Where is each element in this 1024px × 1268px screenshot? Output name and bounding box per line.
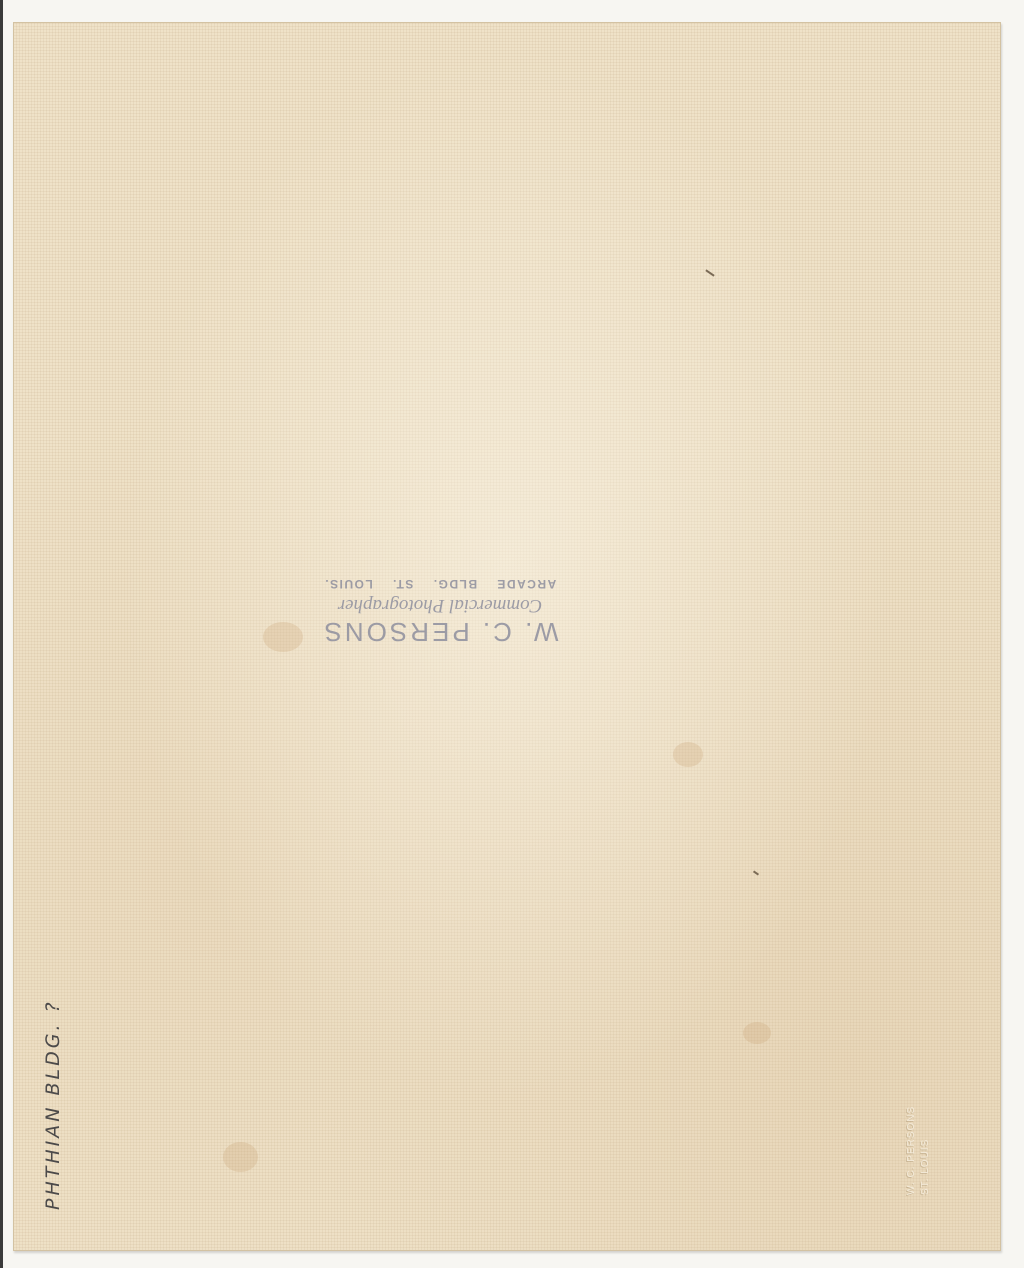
stamp-name: W. C. PERSONS [280, 617, 600, 647]
stamp-title: Commercial Photographer [280, 593, 600, 617]
emboss-line: W. C. PERSONS [905, 1106, 919, 1195]
age-spot [223, 1142, 258, 1172]
scan-edge-shadow [0, 0, 3, 1268]
handwritten-note: PHTHIAN BLDG. ? [42, 999, 64, 1210]
embossed-mark: W. C. PERSONS ST. LOUIS [905, 1106, 933, 1195]
small-mark [753, 870, 759, 875]
age-spot [673, 742, 703, 767]
small-mark [705, 269, 714, 276]
age-spot [743, 1022, 771, 1044]
stamp-address: ARCADE BLDG. ST. LOUIS. [280, 575, 600, 593]
emboss-line: ST. LOUIS [919, 1106, 933, 1195]
photographer-stamp: W. C. PERSONS Commercial Photographer AR… [280, 575, 600, 647]
